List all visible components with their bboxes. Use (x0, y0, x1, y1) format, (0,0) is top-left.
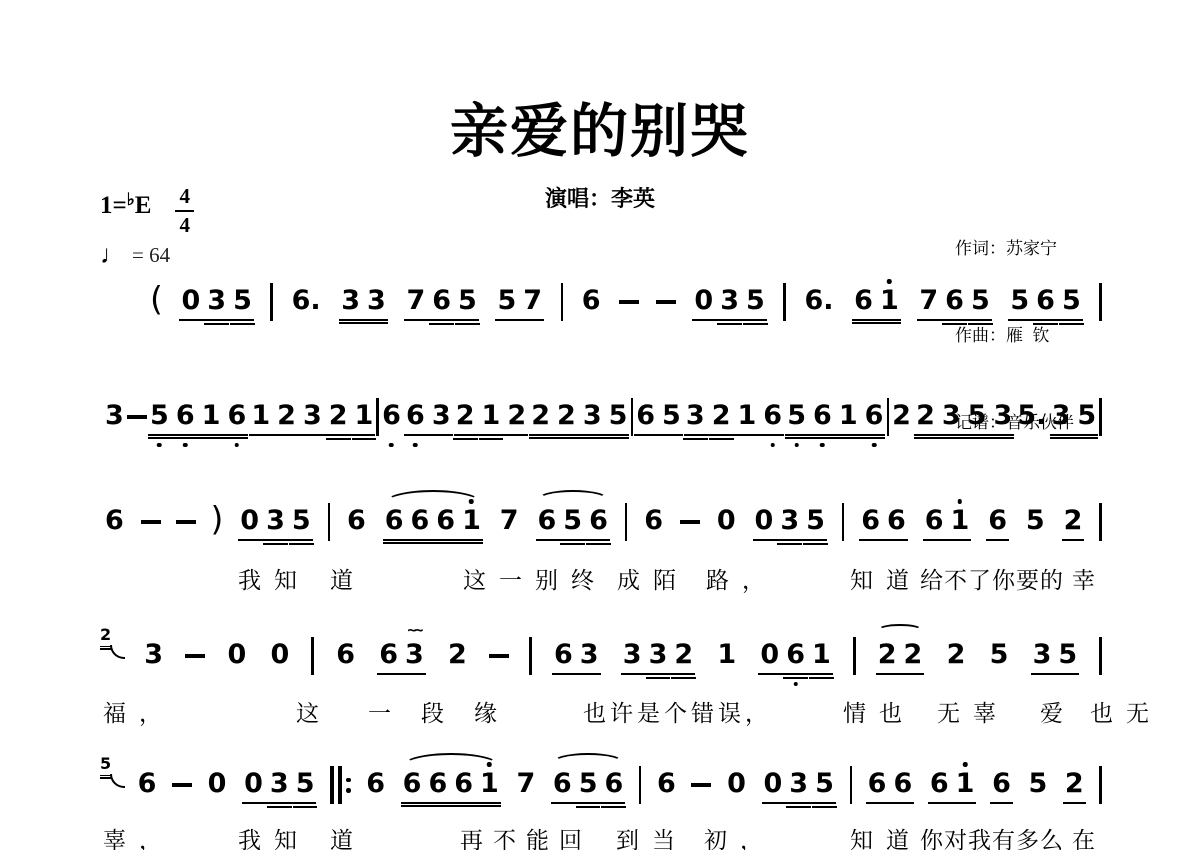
low-octave-dot (183, 443, 188, 448)
note: 1 (880, 287, 899, 315)
duration-dash (489, 654, 509, 658)
note: 1 (480, 770, 499, 798)
note: 1 (251, 402, 270, 430)
note: 5 (787, 402, 806, 430)
note: 5 (990, 641, 1009, 669)
repeat-dot (346, 778, 351, 783)
note-group: 0 (725, 770, 748, 802)
repeat-start-sign (330, 766, 351, 804)
note-group: 6 (136, 770, 159, 802)
note: 2 (712, 402, 731, 430)
note: 6 (786, 641, 805, 669)
note-group: 2235 (529, 402, 629, 436)
note: 2 (1064, 507, 1083, 535)
note-group-slurred: 656 (551, 770, 625, 804)
note: 3 (207, 287, 226, 315)
lyric-segment: 幸 (1072, 562, 1108, 595)
note: 2 (277, 402, 296, 430)
note: 6 (644, 507, 663, 535)
note: 2 (947, 641, 966, 669)
barline (1099, 503, 1102, 541)
note: 3 (789, 770, 808, 798)
barline (561, 283, 564, 321)
duration-dash (656, 300, 676, 304)
repeat-bar (338, 766, 342, 804)
note-group: 5. (1015, 402, 1048, 434)
note-group: 212 (454, 402, 528, 436)
note: 1 (462, 507, 481, 535)
note: 6 (589, 507, 608, 535)
note-group: 0 (715, 507, 738, 539)
note: 5 (1026, 507, 1045, 535)
repeat-dot (346, 788, 351, 793)
intro-parenthesis: ( (150, 282, 163, 315)
note-group: 6 (990, 770, 1013, 804)
credits-block: 作词：苏家宁 作曲：雁 钦 记谱：音乐伙伴 (955, 176, 1074, 495)
low-octave-dot (872, 443, 877, 448)
note: 2 (1065, 770, 1084, 798)
note: 5. (1017, 402, 1046, 430)
note-group: 6 (345, 507, 368, 539)
note-group: 2 (890, 402, 913, 434)
key-prefix: 1= (100, 192, 127, 219)
lyric-segment: 成陌 (617, 562, 689, 595)
note-group: 0 (206, 770, 229, 802)
note: 2 (878, 641, 897, 669)
note: 6 (436, 507, 455, 535)
note: 6 (604, 770, 623, 798)
note: 3 (266, 507, 285, 535)
low-octave-dot (794, 443, 799, 448)
note: 2 (892, 402, 911, 430)
barline (639, 766, 642, 804)
note: 3 (303, 402, 322, 430)
note: 7 (500, 507, 519, 535)
note: 1 (951, 507, 970, 535)
note: 3 (583, 402, 602, 430)
note-group: 5 (1027, 770, 1050, 802)
tempo-value: = 64 (132, 243, 170, 268)
note: 5 (815, 770, 834, 798)
note-group: 65 (634, 402, 683, 436)
lyric-segment: 道 (330, 822, 366, 850)
lyric-segment: 我知 (238, 822, 310, 850)
note: 5 (1077, 402, 1096, 430)
note: 6 (336, 641, 355, 669)
note: 6 (553, 770, 572, 798)
barline (625, 503, 628, 541)
intro-parenthesis: ) (211, 502, 224, 535)
note: 2 (531, 402, 550, 430)
repeat-bar (330, 766, 334, 804)
note: 2 (674, 641, 693, 669)
note: 6 (988, 507, 1007, 535)
note: 0 (717, 507, 736, 535)
note-group: 765 (404, 287, 478, 321)
note-group: 66 (866, 770, 915, 804)
note-group: 35 (1031, 641, 1080, 675)
song-title: 亲爱的别哭 (0, 84, 1200, 168)
note: 0 (240, 507, 259, 535)
note: 6 (813, 402, 832, 430)
note: 5 (1062, 287, 1081, 315)
note: 1 (482, 402, 501, 430)
note: 2 (904, 641, 923, 669)
note: 2 (329, 402, 348, 430)
lyric-segment: 到当 (616, 822, 688, 850)
note-group: 035 (238, 507, 312, 541)
note: 3 (105, 402, 124, 430)
barline (328, 503, 331, 541)
note: 7 (516, 770, 535, 798)
duration-dash (691, 783, 711, 787)
grace-note-number: 5 (100, 754, 111, 776)
note: 3~~ (405, 641, 424, 669)
note: 5 (296, 770, 315, 798)
note: 3 (1033, 641, 1052, 669)
note-group: 57 (495, 287, 544, 321)
low-octave-dot (157, 443, 162, 448)
note-group: 2 (945, 641, 968, 673)
note: 3 (623, 641, 642, 669)
note-group: 3 (103, 402, 126, 434)
note-group: 33 (339, 287, 388, 321)
barline (1099, 637, 1102, 675)
note: 3 (580, 641, 599, 669)
duration-dash (680, 520, 700, 524)
lyric-segment: 辜， (103, 822, 175, 850)
note: 1 (956, 770, 975, 798)
note: 7 (406, 287, 425, 315)
note-group: 035 (179, 287, 253, 321)
note: 0 (755, 507, 774, 535)
barline (1099, 283, 1102, 321)
note: 2 (448, 641, 467, 669)
lyricist-credit: 作词：苏家宁 (955, 234, 1074, 263)
note: 6 (861, 507, 880, 535)
note: 5 (746, 287, 765, 315)
note: 5 (662, 402, 681, 430)
note-group: 66 (859, 507, 908, 541)
duration-dash (172, 783, 192, 787)
lyric-segment: 情也 (843, 695, 915, 728)
note: 2 (507, 402, 526, 430)
note-group: 6. (290, 287, 323, 319)
high-octave-dot (487, 762, 492, 767)
low-octave-dot (820, 443, 825, 448)
lyric-segment: 给不了你要的 (920, 562, 1064, 595)
note: 6 (347, 507, 366, 535)
note: 6 (403, 770, 422, 798)
note-group: 5616 (148, 402, 248, 436)
note: 6 (105, 507, 124, 535)
repeat-dots (345, 766, 351, 804)
note: 5 (1010, 287, 1029, 315)
note: 3 (649, 641, 668, 669)
note-group: 2 (1062, 507, 1085, 541)
note: 5 (968, 402, 987, 430)
note-group: 3216 (684, 402, 784, 436)
note-group: 035 (762, 770, 836, 804)
lyric-segment: 一段缘 (368, 695, 527, 728)
note-group-slurred: 22 (876, 641, 925, 675)
lyric-segment: 知道 (850, 822, 922, 850)
grace-note-number: 2 (100, 625, 111, 647)
grace-note: 2 (100, 625, 122, 659)
note-group: 35 (1050, 402, 1099, 436)
barline (1099, 766, 1102, 804)
note-group: 6 (986, 507, 1009, 541)
high-octave-dot (469, 499, 474, 504)
note: 2 (916, 402, 935, 430)
lyric-segment: 路， (706, 562, 778, 595)
score-line: (0356.337655760356.61765565 (150, 287, 1102, 321)
high-octave-dot (963, 762, 968, 767)
note: 5 (497, 287, 516, 315)
note: 6 (636, 402, 655, 430)
lyric-segment: 这一别终 (463, 562, 607, 595)
note: 1 (738, 402, 757, 430)
note-group: 332 (621, 641, 695, 675)
note-group-slurred: 6661 (383, 507, 483, 541)
note: 7 (919, 287, 938, 315)
note: 6 (992, 770, 1011, 798)
note: 0 (764, 770, 783, 798)
note: 3 (367, 287, 386, 315)
score-line: 560035666617656600356661652 (100, 770, 1102, 804)
note: 3 (686, 402, 705, 430)
note: 6 (382, 402, 401, 430)
note: 6 (411, 507, 430, 535)
note: 0 (694, 287, 713, 315)
lyric-segment: 也许是个错误， (583, 695, 772, 728)
note: 5 (806, 507, 825, 535)
note: 0 (208, 770, 227, 798)
lyric-segment: 我知 (238, 562, 310, 595)
grace-note: 5 (100, 754, 122, 788)
note: 6 (763, 402, 782, 430)
lyric-segment: 你对我有多么 (920, 822, 1064, 850)
note-group: 2 (1063, 770, 1086, 804)
duration-dash (185, 654, 205, 658)
sheet-music-page: 亲爱的别哭 演唱：李英 作词：苏家宁 作曲：雁 钦 记谱：音乐伙伴 1=♭E 4… (0, 0, 1200, 850)
low-octave-dot (770, 443, 775, 448)
barline (270, 283, 273, 321)
note: 6 (385, 507, 404, 535)
note-group: 035 (753, 507, 827, 541)
note-group: 2353 (914, 402, 1014, 436)
lyric-segment: 再不能回 (460, 822, 592, 850)
note: 1 (202, 402, 221, 430)
tempo-marking: ♩ = 64 (100, 240, 170, 270)
note-group-slurred: 656 (536, 507, 610, 541)
barline (853, 637, 856, 675)
barline (311, 637, 314, 675)
time-numerator: 4 (175, 186, 194, 212)
time-denominator: 4 (179, 212, 190, 236)
note: 3 (341, 287, 360, 315)
duration-dash (176, 520, 196, 524)
barline (1099, 398, 1102, 436)
note: 3 (432, 402, 451, 430)
note: 6 (176, 402, 195, 430)
note-group: 5 (988, 641, 1011, 673)
note-group: 6 (380, 402, 403, 434)
note: 6 (1036, 287, 1055, 315)
lyric-segment: 无辜 (937, 695, 1009, 728)
lyric-segment: 这 (296, 695, 332, 728)
note-group: 2 (446, 641, 469, 673)
low-octave-dot (235, 443, 240, 448)
note-group: 5 (1024, 507, 1047, 539)
note-group: 3 (142, 641, 165, 673)
note: 6 (454, 770, 473, 798)
note: 0 (244, 770, 263, 798)
note: 6 (227, 402, 246, 430)
lyric-segment: 初， (704, 822, 776, 850)
note: 1 (355, 402, 374, 430)
barline (783, 283, 786, 321)
high-octave-dot (887, 279, 892, 284)
low-octave-dot (389, 443, 394, 448)
note-group: 061 (758, 641, 832, 675)
note: 5 (579, 770, 598, 798)
note: 6 (366, 770, 385, 798)
note-group: 6 (580, 287, 603, 319)
note: 1 (839, 402, 858, 430)
key-letter: E (135, 192, 152, 219)
note-group-slurred: 6661 (401, 770, 501, 804)
note: 5 (971, 287, 990, 315)
lyric-segment: 知道 (850, 562, 922, 595)
note: 2 (557, 402, 576, 430)
mordent-icon: ~~ (407, 621, 421, 639)
note: 0 (727, 770, 746, 798)
note: 5 (292, 507, 311, 535)
note: 6 (657, 770, 676, 798)
flat-icon: ♭ (127, 190, 135, 209)
score-line: 6)035666617656600356661652 (103, 507, 1102, 541)
lyric-segment: 福， (103, 695, 175, 728)
note: 5 (150, 402, 169, 430)
note-group: 61 (852, 287, 901, 321)
note: 6 (538, 507, 557, 535)
note: 6 (428, 770, 447, 798)
note: 3 (942, 402, 961, 430)
note: 6 (406, 402, 425, 430)
note-group: 6 (334, 641, 357, 673)
note: 0 (760, 641, 779, 669)
note-group: 6 (364, 770, 387, 802)
note-group: 6 (103, 507, 126, 539)
note: 6 (930, 770, 949, 798)
barline (631, 398, 634, 436)
note-group: 12321 (249, 402, 375, 436)
note-group: 6 (655, 770, 678, 802)
grace-hook-icon (110, 645, 125, 659)
barline (842, 503, 845, 541)
barline (850, 766, 853, 804)
note: 5 (233, 287, 252, 315)
note: 1 (717, 641, 736, 669)
duration-dash (619, 300, 639, 304)
note: 3 (144, 641, 163, 669)
note: 0 (227, 641, 246, 669)
note: 5 (458, 287, 477, 315)
note: 5 (609, 402, 628, 430)
note: 6 (432, 287, 451, 315)
note-group: 0 (268, 641, 291, 673)
key-text: 1=♭E (100, 190, 151, 220)
note: 5 (1058, 641, 1077, 669)
note: 6 (945, 287, 964, 315)
note: 0 (270, 641, 289, 669)
key-signature: 1=♭E 4 4 (100, 190, 194, 236)
barline (529, 637, 532, 675)
note: 3 (780, 507, 799, 535)
duration-dash (141, 520, 161, 524)
note: 1 (812, 641, 831, 669)
composer-credit: 作曲：雁 钦 (955, 321, 1074, 350)
low-octave-dot (793, 682, 798, 687)
score-line: 2300663~~2633321061222535 (100, 641, 1102, 675)
note-group: 7 (498, 507, 521, 539)
note: 6 (138, 770, 157, 798)
barline (887, 398, 890, 436)
note: 6 (554, 641, 573, 669)
grace-hook-icon (110, 774, 125, 788)
note-group: 565 (1008, 287, 1082, 321)
time-signature: 4 4 (175, 186, 194, 236)
note-group: 7 (514, 770, 537, 802)
note: 5 (1029, 770, 1048, 798)
note-group: 63~~ (377, 641, 426, 675)
note: 6 (582, 287, 601, 315)
lyric-segment: 爱 (1040, 695, 1076, 728)
note: 6 (868, 770, 887, 798)
note-group: 0 (225, 641, 248, 673)
score-line: 356161232166321222356532165616223535.35 (103, 402, 1102, 436)
lyric-segment: 也无 (1090, 695, 1162, 728)
note: 6 (925, 507, 944, 535)
note: 3 (270, 770, 289, 798)
note: 6 (893, 770, 912, 798)
note: 6 (379, 641, 398, 669)
note: 6. (805, 287, 834, 315)
note-group: 765 (917, 287, 991, 321)
note: 2 (456, 402, 475, 430)
note-group: 6 (642, 507, 665, 539)
note: 0 (181, 287, 200, 315)
note: 6. (292, 287, 321, 315)
note-group: 61 (928, 770, 977, 804)
note: 6 (865, 402, 884, 430)
note: 5 (563, 507, 582, 535)
note-group: 5616 (785, 402, 885, 436)
note: 6 (887, 507, 906, 535)
note-group: 035 (692, 287, 766, 321)
note-group: 63 (404, 402, 453, 436)
barline (376, 398, 379, 436)
note: 3 (720, 287, 739, 315)
note: 3 (1052, 402, 1071, 430)
duration-dash (127, 415, 147, 419)
note-group: 61 (923, 507, 972, 541)
note-group: 63 (552, 641, 601, 675)
note: 7 (523, 287, 542, 315)
note: 3 (993, 402, 1012, 430)
note-group: 1 (715, 641, 738, 673)
